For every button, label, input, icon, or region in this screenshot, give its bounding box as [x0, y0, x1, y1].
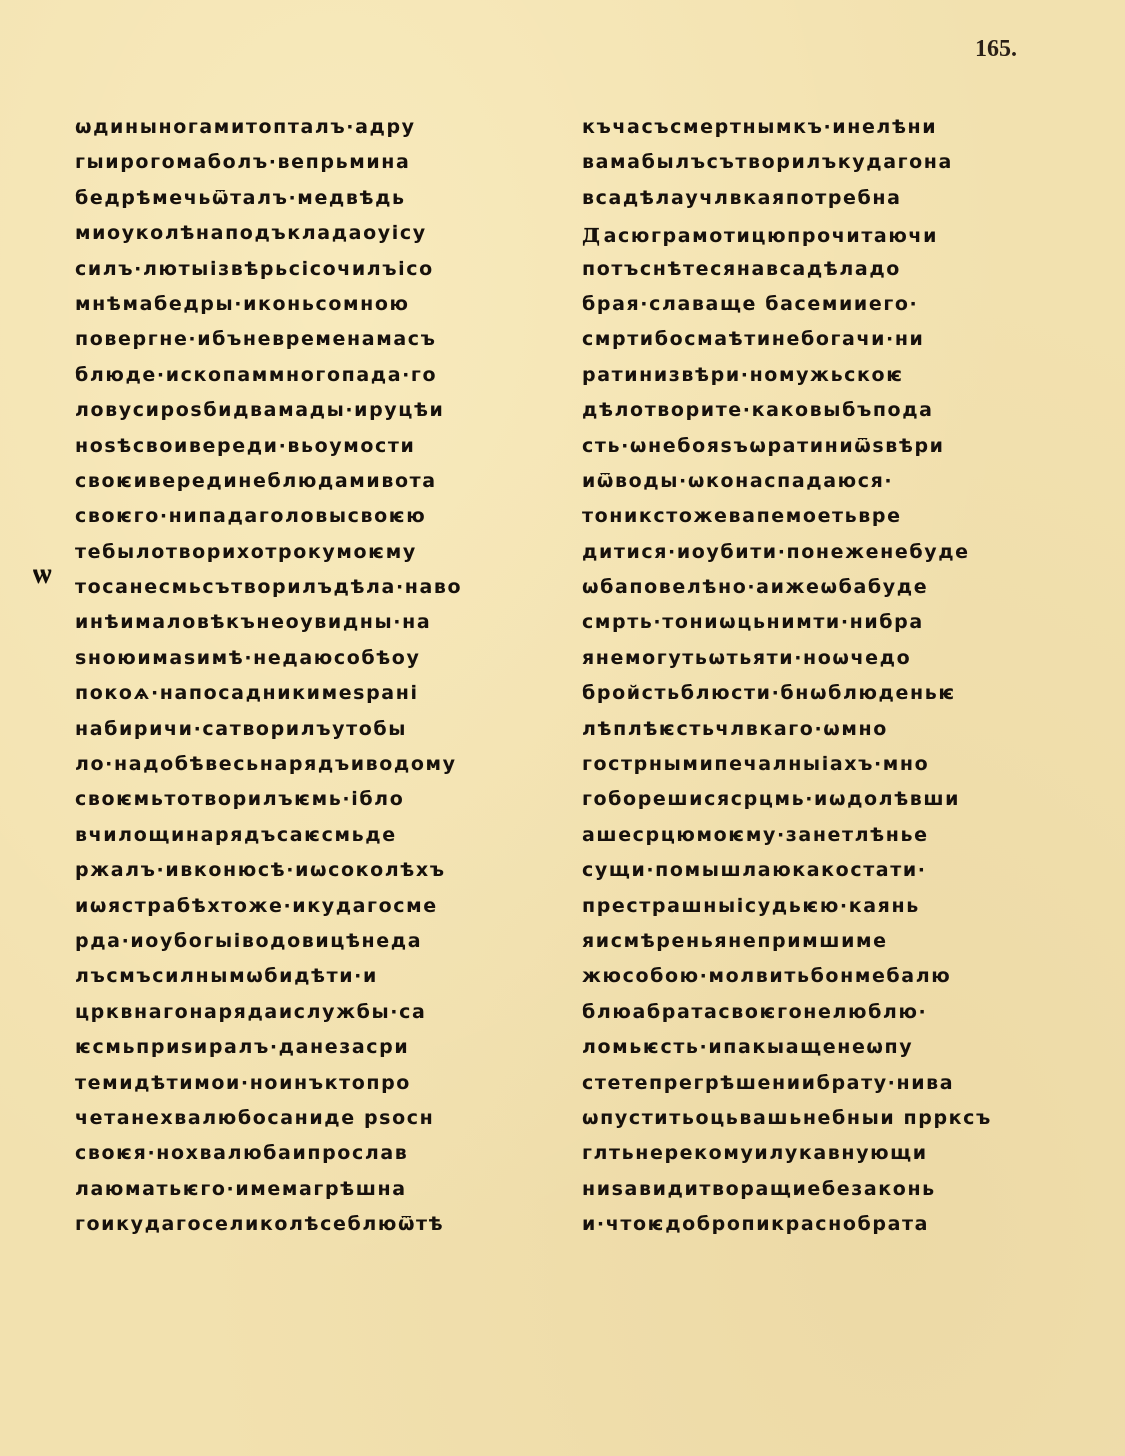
line-text: иѿводы·ѡконаспадаюся· [582, 470, 893, 492]
text-line: инѣималовѣкънеоувидны·на [75, 605, 555, 640]
line-text: тосанесмьсътворилъдѣла·наво [75, 576, 462, 598]
text-line: стетепрегрѣшениибрату·нива [582, 1066, 1057, 1101]
line-text: тебылотворихотрокумоѥму [75, 541, 417, 563]
text-line: всадѣлаучлвкаяпотребна [582, 181, 1057, 216]
text-line: лѣплѣѥстьчлвкаго·ѡмно [582, 712, 1057, 747]
text-line: гострнымипечалныіахъ·мно [582, 747, 1057, 782]
line-text: ѥсмьприѕиралъ·данезасри [75, 1036, 409, 1058]
line-text: црквнагонарядаислужбы·са [75, 1001, 426, 1023]
line-text: ржалъ·ивконюсѣ·иѡсоколѣхъ [75, 859, 446, 881]
text-line: четанехвалюбосаниде рѕосн [75, 1101, 555, 1136]
text-line: жюсобою·молвитьбонмебалю [582, 959, 1057, 994]
text-line: ло·надобѣвесьнарядъиводому [75, 747, 555, 782]
line-text: ноѕѣсвоивереди·вьоумости [75, 435, 415, 457]
line-text: гоборешисясрцмь·иѡдолѣвши [582, 788, 960, 810]
line-text: покоѧ·напосадникимеѕрані [75, 682, 419, 704]
line-text: вамабылъсътворилъкудагона [582, 151, 953, 173]
text-line: ниѕавидитворащиебезаконь [582, 1172, 1057, 1207]
text-line: лъсмъсилнымѡбидѣти·и [75, 959, 555, 994]
text-line: и·чтоѥдобропикраснобрата [582, 1207, 1057, 1242]
text-line: рда·иоубогыіводовицѣнеда [75, 924, 555, 959]
line-text: лаюматьѥго·имемагрѣшна [75, 1178, 407, 1200]
text-line: Дасюграмотицюпрочитаючи [582, 216, 1057, 251]
text-line: глтьнерекомуилукавнующи [582, 1136, 1057, 1171]
line-text: ашесрцюмоѥму·занетлѣнье [582, 824, 929, 846]
line-text: ловусироѕбидвамады·ируцѣи [75, 399, 444, 421]
text-line: гыирогомаболъ·вепрьмина [75, 145, 555, 180]
line-text: брая·славаще басемииего· [582, 293, 918, 315]
line-text: гоикудагоселиколѣсеблюѿтѣ [75, 1213, 444, 1235]
line-text: смртибосмаѣтинебогачи·ни [582, 328, 924, 350]
line-text: тоникстожевапемоетьвре [582, 505, 902, 527]
line-text: сущи·помышлаюкакостати· [582, 859, 927, 881]
text-line: мнѣмабедры·иконьсомною [75, 287, 555, 322]
line-text: дитися·иоубити·понеженебуде [582, 541, 970, 563]
line-text: престрашныісудьѥю·каянь [582, 895, 920, 917]
text-line: ѡбаповелѣно·аижеѡбабуде [582, 570, 1057, 605]
line-text: асюграмотицюпрочитаючи [604, 225, 938, 247]
text-line: бройстьблюсти·бнѡблюденьѥ [582, 676, 1057, 711]
text-line: покоѧ·напосадникимеѕрані [75, 676, 555, 711]
text-line: ѡдиныногамитопталъ·адру [75, 110, 555, 145]
line-text: бройстьблюсти·бнѡблюденьѥ [582, 682, 956, 704]
text-line: гоборешисясрцмь·иѡдолѣвши [582, 782, 1057, 817]
page-number: 165. [975, 36, 1017, 63]
text-line: бедрѣмечьѿталъ·медвѣдь [75, 181, 555, 216]
text-line: блюабратасвоѥгонелюблю· [582, 995, 1057, 1030]
text-line: брая·славаще басемииего· [582, 287, 1057, 322]
line-text: жюсобою·молвитьбонмебалю [582, 965, 951, 987]
text-line: темидѣтимои·ноинъктопро [75, 1066, 555, 1101]
text-line: тосанесмьсътворилъдѣла·наво [75, 570, 555, 605]
text-line: сть·ѡнебояѕъѡратиниѿѕвѣри [582, 429, 1057, 464]
line-text: своѥго·нипадаголовысвоѥю [75, 505, 426, 527]
text-line: ломьѥсть·ипакыащенеѡпу [582, 1030, 1057, 1065]
line-text: всадѣлаучлвкаяпотребна [582, 187, 902, 209]
text-line: блюде·ископаммногопада·го [75, 358, 555, 393]
line-text: своѥиверединеблюдамивота [75, 470, 437, 492]
margin-mark: ѡ [33, 556, 52, 591]
text-line: иѿводы·ѡконаспадаюся· [582, 464, 1057, 499]
line-text: ѕноюимаѕимѣ·недаюсобѣоу [75, 647, 420, 669]
line-text: ло·надобѣвесьнарядъиводому [75, 753, 457, 775]
line-text: янемогутьѡтьяти·ноѡчедо [582, 647, 911, 669]
line-text: вчилощинарядъсаѥсмьде [75, 824, 397, 846]
line-text: инѣималовѣкънеоувидны·на [75, 611, 431, 633]
text-line: смрть·тониѡцьнимти·нибра [582, 605, 1057, 640]
text-line: сущи·помышлаюкакостати· [582, 853, 1057, 888]
line-text: миоуколѣнаподъкладаоуісу [75, 222, 427, 244]
text-line: миоуколѣнаподъкладаоуісу [75, 216, 555, 251]
text-line: своѥмьтотворилъѥмь·ібло [75, 782, 555, 817]
text-line: иѡястрабѣхтоже·икудагосме [75, 889, 555, 924]
text-line: смртибосмаѣтинебогачи·ни [582, 322, 1057, 357]
text-line: своѥя·нохвалюбаипрослав [75, 1136, 555, 1171]
line-text: яисмѣреньянепримшиме [582, 930, 888, 952]
line-text: гострнымипечалныіахъ·мно [582, 753, 929, 775]
line-text: ѡбаповелѣно·аижеѡбабуде [582, 576, 928, 598]
line-text: къчасъсмертнымкъ·инелѣни [582, 116, 937, 138]
text-line: яисмѣреньянепримшиме [582, 924, 1057, 959]
text-line: тебылотворихотрокумоѥму [75, 535, 555, 570]
text-line: своѥго·нипадаголовысвоѥю [75, 499, 555, 534]
line-text: бедрѣмечьѿталъ·медвѣдь [75, 187, 406, 209]
line-text: четанехвалюбосаниде рѕосн [75, 1107, 434, 1129]
text-line: набиричи·сатворилъутобы [75, 712, 555, 747]
text-line: дѣлотворите·каковыбъпода [582, 393, 1057, 428]
line-text: ѡдиныногамитопталъ·адру [75, 116, 416, 138]
text-line: ѡпуститьоцьвашьнебныи пррксъ [582, 1101, 1057, 1136]
text-line: црквнагонарядаислужбы·са [75, 995, 555, 1030]
right-column: къчасъсмертнымкъ·инелѣнивамабылъсътворил… [582, 110, 1057, 1243]
left-column: ѡдиныногамитопталъ·адругыирогомаболъ·веп… [75, 110, 555, 1243]
manuscript-page: 165. ѡ ѡдиныногамитопталъ·адругыирогомаб… [0, 0, 1125, 1456]
line-text: стетепрегрѣшениибрату·нива [582, 1072, 954, 1094]
line-text: ратинизвѣри·номужьскоѥ [582, 364, 904, 386]
line-text: блюабратасвоѥгонелюблю· [582, 1001, 927, 1023]
text-line: ашесрцюмоѥму·занетлѣнье [582, 818, 1057, 853]
line-text: своѥя·нохвалюбаипрослав [75, 1142, 408, 1164]
text-line: тоникстожевапемоетьвре [582, 499, 1057, 534]
text-line: дитися·иоубити·понеженебуде [582, 535, 1057, 570]
text-line: потъснѣтесянавсадѣладо [582, 252, 1057, 287]
line-text: глтьнерекомуилукавнующи [582, 1142, 928, 1164]
line-text: потъснѣтесянавсадѣладо [582, 258, 901, 280]
line-text: ломьѥсть·ипакыащенеѡпу [582, 1036, 913, 1058]
line-text: блюде·ископаммногопада·го [75, 364, 437, 386]
line-text: сть·ѡнебояѕъѡратиниѿѕвѣри [582, 435, 945, 457]
text-line: лаюматьѥго·имемагрѣшна [75, 1172, 555, 1207]
text-line: ѥсмьприѕиралъ·данезасри [75, 1030, 555, 1065]
text-line: ржалъ·ивконюсѣ·иѡсоколѣхъ [75, 853, 555, 888]
line-text: дѣлотворите·каковыбъпода [582, 399, 934, 421]
text-line: повергне·ибъневременамасъ [75, 322, 555, 357]
text-line: своѥиверединеблюдамивота [75, 464, 555, 499]
text-line: ѕноюимаѕимѣ·недаюсобѣоу [75, 641, 555, 676]
text-line: силъ·лютыі̇звѣрьсісочилъісо [75, 252, 555, 287]
line-text: лѣплѣѥстьчлвкаго·ѡмно [582, 718, 888, 740]
line-text: гыирогомаболъ·вепрьмина [75, 151, 410, 173]
line-text: и·чтоѥдобропикраснобрата [582, 1213, 929, 1235]
line-text: повергне·ибъневременамасъ [75, 328, 437, 350]
line-text: лъсмъсилнымѡбидѣти·и [75, 965, 378, 987]
line-text: иѡястрабѣхтоже·икудагосме [75, 895, 438, 917]
text-line: престрашныісудьѥю·каянь [582, 889, 1057, 924]
drop-initial: Д [582, 218, 602, 249]
line-text: силъ·лютыі̇звѣрьсісочилъісо [75, 258, 434, 280]
text-line: ноѕѣсвоивереди·вьоумости [75, 429, 555, 464]
text-line: ловусироѕбидвамады·ируцѣи [75, 393, 555, 428]
line-text: темидѣтимои·ноинъктопро [75, 1072, 411, 1094]
text-line: вамабылъсътворилъкудагона [582, 145, 1057, 180]
text-line: янемогутьѡтьяти·ноѡчедо [582, 641, 1057, 676]
line-text: набиричи·сатворилъутобы [75, 718, 407, 740]
line-text: своѥмьтотворилъѥмь·ібло [75, 788, 404, 810]
line-text: ѡпуститьоцьвашьнебныи пррксъ [582, 1107, 992, 1129]
text-line: гоикудагоселиколѣсеблюѿтѣ [75, 1207, 555, 1242]
text-line: къчасъсмертнымкъ·инелѣни [582, 110, 1057, 145]
line-text: мнѣмабедры·иконьсомною [75, 293, 410, 315]
text-line: вчилощинарядъсаѥсмьде [75, 818, 555, 853]
line-text: рда·иоубогыіводовицѣнеда [75, 930, 422, 952]
text-line: ратинизвѣри·номужьскоѥ [582, 358, 1057, 393]
line-text: ниѕавидитворащиебезаконь [582, 1178, 936, 1200]
line-text: смрть·тониѡцьнимти·нибра [582, 611, 924, 633]
